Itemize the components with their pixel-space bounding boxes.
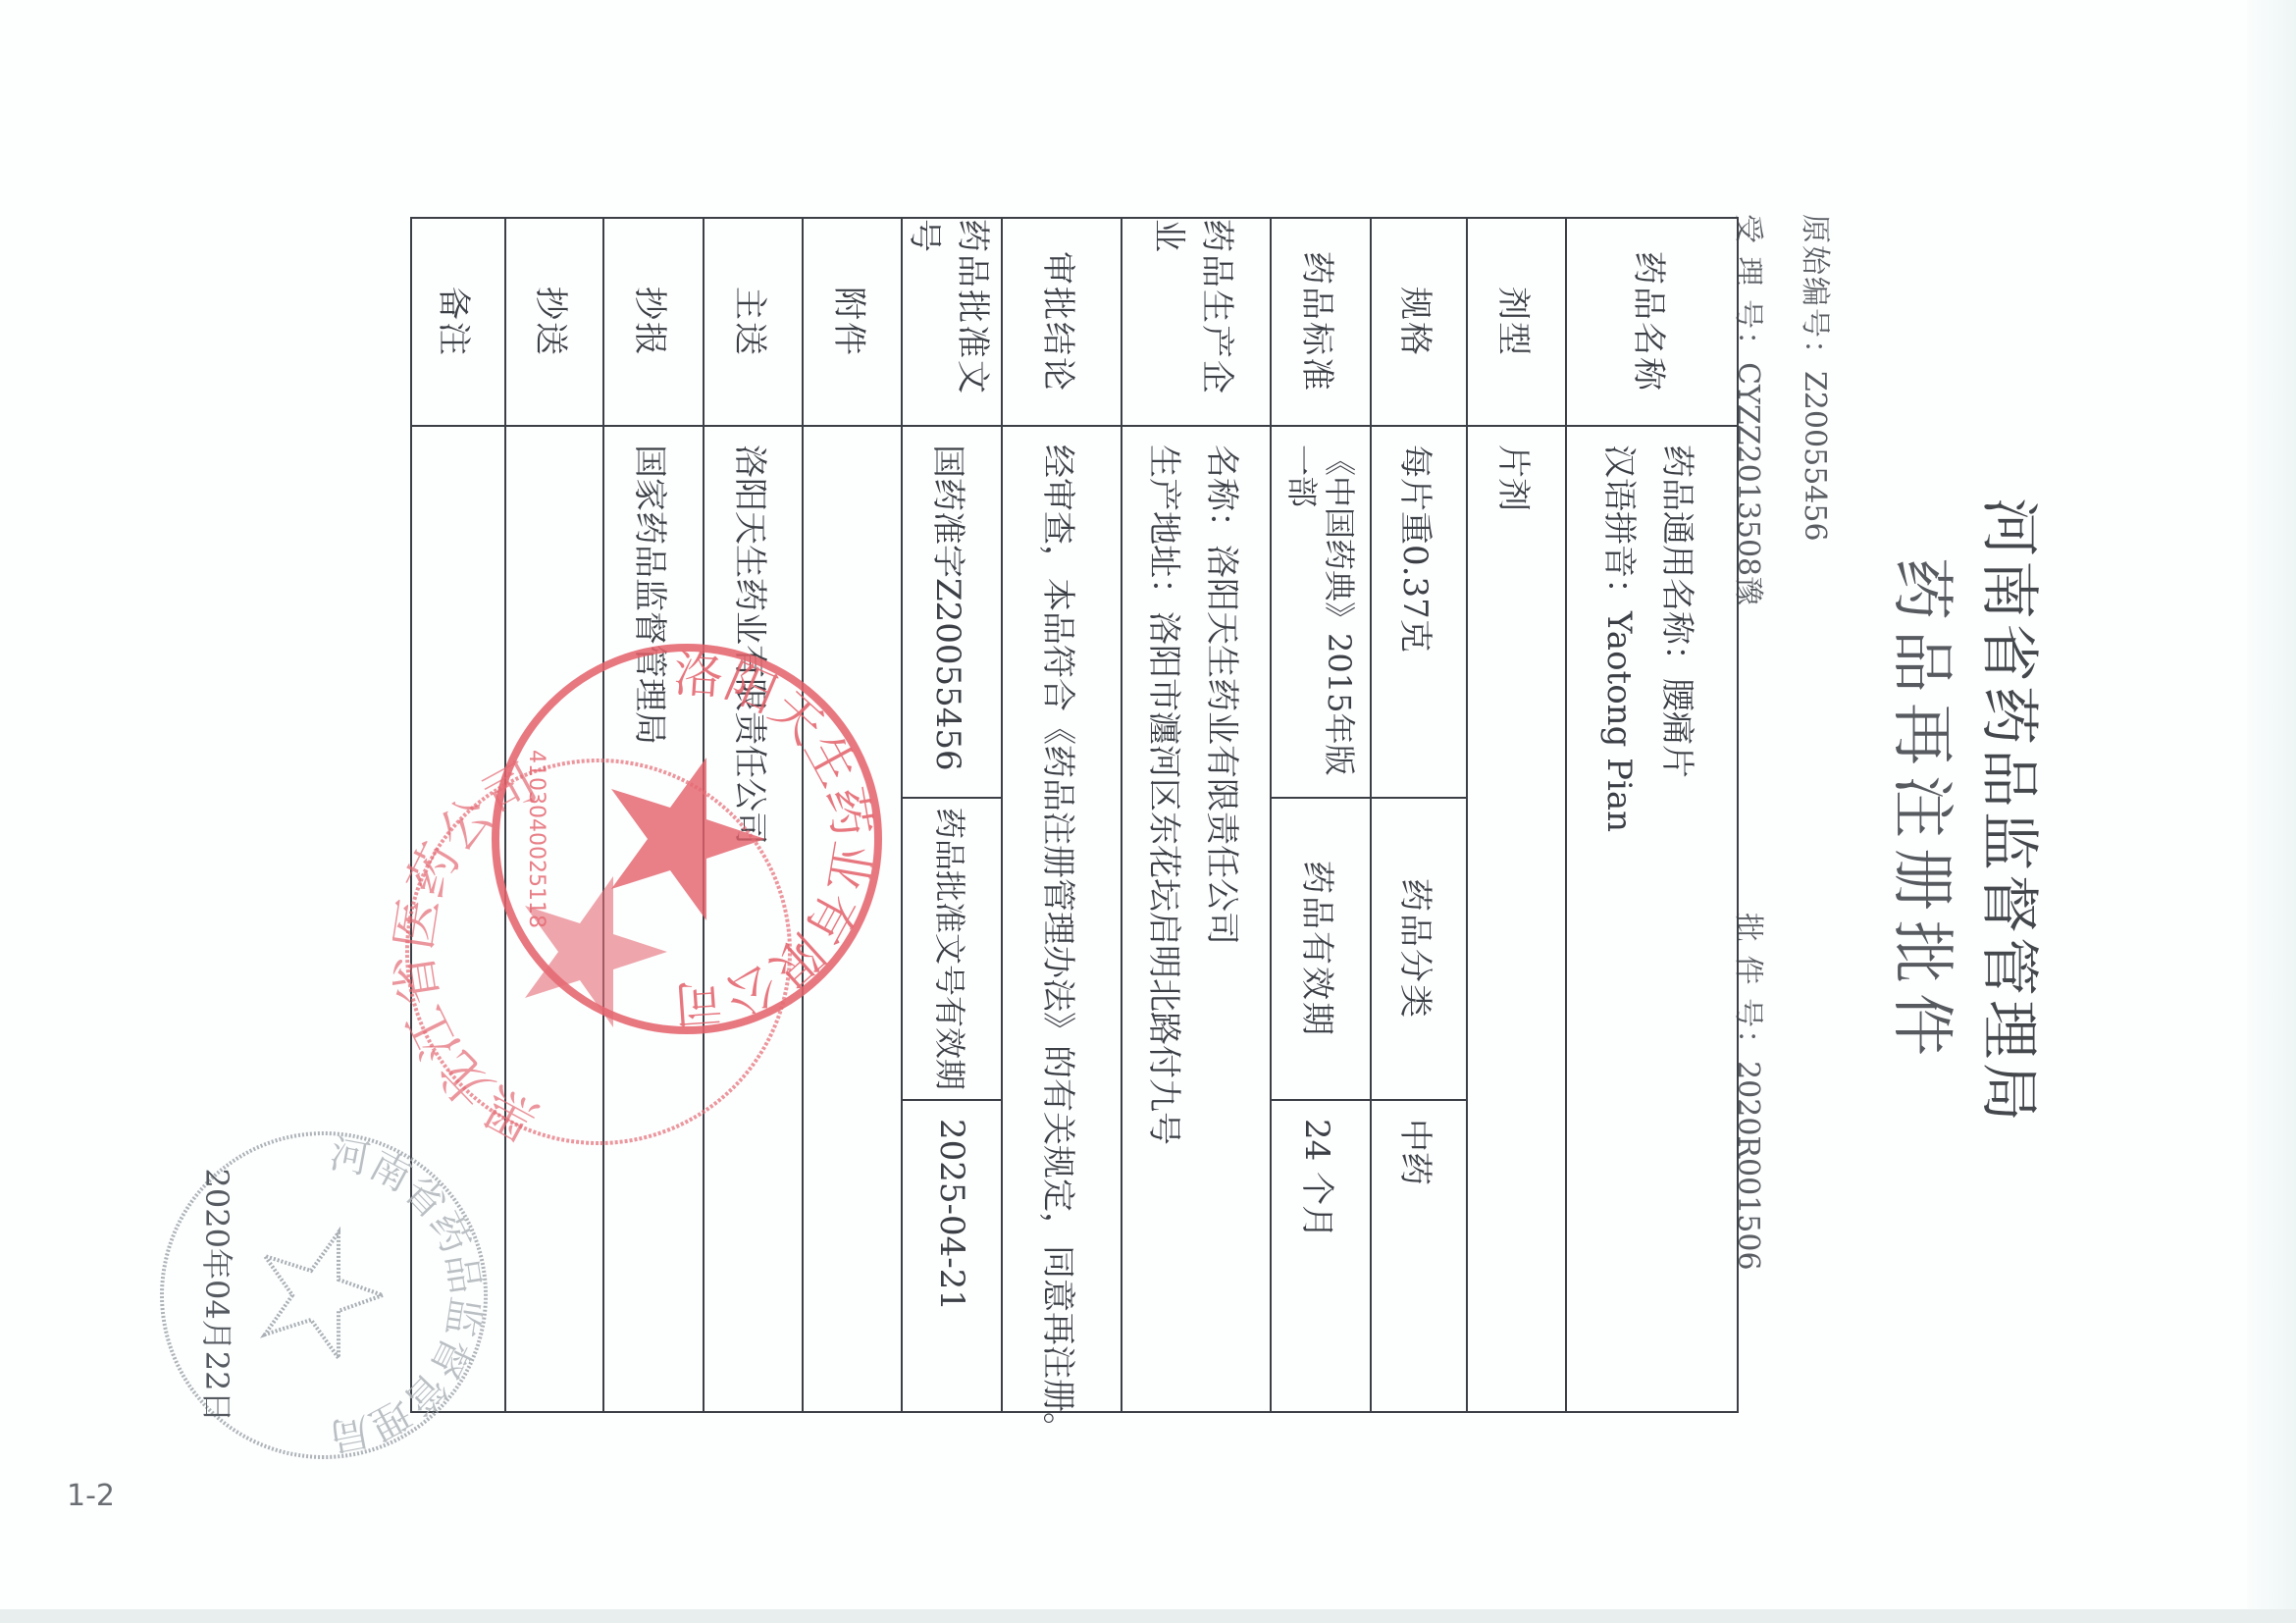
- row-copy-to: 抄送: [504, 219, 602, 1411]
- label-drug-category: 药品分类: [1372, 797, 1466, 1101]
- svg-text:2020年04月22日: 2020年04月22日: [198, 1169, 235, 1423]
- label-dosage-form: 剂型: [1468, 219, 1565, 427]
- label-drug-standard: 药品标准: [1272, 219, 1370, 427]
- label-specification: 规格: [1372, 219, 1466, 427]
- manufacturer-address: 洛阳市瀍河区东花坛启明北路付九号: [1144, 611, 1183, 1145]
- row-approval-number: 药品批准文号 国药准字Z20055456 药品批准文号有效期 2025-04-2…: [901, 219, 1001, 1411]
- value-attachment: [804, 427, 901, 1411]
- generic-name: 腰痛片: [1658, 678, 1697, 778]
- manufacturer-name: 洛阳天生药业有限责任公司: [1202, 545, 1241, 945]
- value-remarks: [410, 427, 504, 1411]
- value-drug-name: 药品通用名称：腰痛片 汉语拼音：Yaotong Pian: [1567, 427, 1737, 1411]
- label-approval-number: 药品批准文号: [903, 219, 1001, 427]
- row-attachment: 附件: [802, 219, 901, 1411]
- value-report-to: 国家药品监督管理局: [604, 427, 703, 1411]
- value-approval-validity: 2025-04-21: [903, 1101, 1001, 1411]
- label-shelf-life: 药品有效期: [1272, 797, 1370, 1101]
- row-remarks: 备注: [410, 219, 504, 1411]
- issuing-authority: 河南省药品监督管理局: [1971, 0, 2056, 1623]
- row-specification: 规格 每片重0.37克 药品分类 中药: [1370, 219, 1466, 1411]
- row-main-recipient: 主送 洛阳天生药业有限责任公司: [703, 219, 802, 1411]
- row-drug-standard: 药品标准 《中国药典》2015年版一部 药品有效期 24 个月: [1270, 219, 1370, 1411]
- label-report-to: 抄报: [604, 219, 703, 427]
- label-main-recipient: 主送: [704, 219, 802, 427]
- value-approval-number: 国药准字Z20055456: [903, 427, 1001, 797]
- value-drug-standard: 《中国药典》2015年版一部: [1272, 427, 1370, 797]
- document-title: 药品再注册批件: [1882, 0, 1972, 1623]
- row-dosage-form: 剂型 片剂: [1466, 219, 1565, 1411]
- label-attachment: 附件: [804, 219, 901, 427]
- label-remarks: 备注: [410, 219, 504, 427]
- manufacturer-name-line: 名称：洛阳天生药业有限责任公司: [1201, 445, 1249, 945]
- manufacturer-address-label: 生产地址：: [1144, 445, 1183, 611]
- original-number: 原始编号：Z20055456: [1797, 214, 1840, 542]
- value-manufacturer: 名称：洛阳天生药业有限责任公司 生产地址：洛阳市瀍河区东花坛启明北路付九号: [1122, 427, 1270, 1411]
- handwritten-page-mark: 1-2: [67, 1479, 115, 1513]
- label-approval-validity: 药品批准文号有效期: [903, 797, 1001, 1101]
- row-conclusion: 审批结论 经审查，本品符合《药品注册管理办法》的有关规定，同意再注册。: [1001, 219, 1121, 1411]
- generic-name-label: 药品通用名称：: [1658, 445, 1697, 678]
- row-manufacturer: 药品生产企业 名称：洛阳天生药业有限责任公司 生产地址：洛阳市瀍河区东花坛启明北…: [1121, 219, 1270, 1411]
- pinyin-label: 汉语拼音：: [1600, 445, 1640, 611]
- document-page: 河南省药品监督管理局 药品再注册批件 原始编号：Z20055456 受 理 号：…: [0, 0, 2296, 1623]
- value-main-recipient: 洛阳天生药业有限责任公司: [704, 427, 802, 1411]
- value-specification: 每片重0.37克: [1372, 427, 1466, 797]
- original-number-value: Z20055456: [1798, 371, 1832, 542]
- manufacturer-name-label: 名称：: [1202, 445, 1241, 545]
- row-report-to: 抄报 国家药品监督管理局: [602, 219, 703, 1411]
- label-copy-to: 抄送: [506, 219, 602, 427]
- label-manufacturer: 药品生产企业: [1122, 219, 1270, 427]
- original-number-label: 原始编号：: [1798, 214, 1832, 371]
- pinyin-line: 汉语拼音：Yaotong Pian: [1599, 445, 1647, 832]
- generic-name-line: 药品通用名称：腰痛片: [1657, 445, 1705, 778]
- row-drug-name: 药品名称 药品通用名称：腰痛片 汉语拼音：Yaotong Pian: [1565, 219, 1737, 1411]
- label-drug-name: 药品名称: [1567, 219, 1737, 427]
- value-dosage-form: 片剂: [1468, 427, 1565, 1411]
- value-copy-to: [506, 427, 602, 1411]
- pinyin: Yaotong Pian: [1600, 611, 1640, 832]
- value-conclusion: 经审查，本品符合《药品注册管理办法》的有关规定，同意再注册。: [1003, 427, 1121, 1411]
- value-shelf-life: 24 个月: [1272, 1101, 1370, 1411]
- manufacturer-address-line: 生产地址：洛阳市瀍河区东花坛启明北路付九号: [1143, 445, 1191, 1145]
- approval-table: 药品名称 药品通用名称：腰痛片 汉语拼音：Yaotong Pian 剂型 片剂 …: [410, 217, 1739, 1413]
- label-conclusion: 审批结论: [1003, 219, 1121, 427]
- value-drug-category: 中药: [1372, 1101, 1466, 1411]
